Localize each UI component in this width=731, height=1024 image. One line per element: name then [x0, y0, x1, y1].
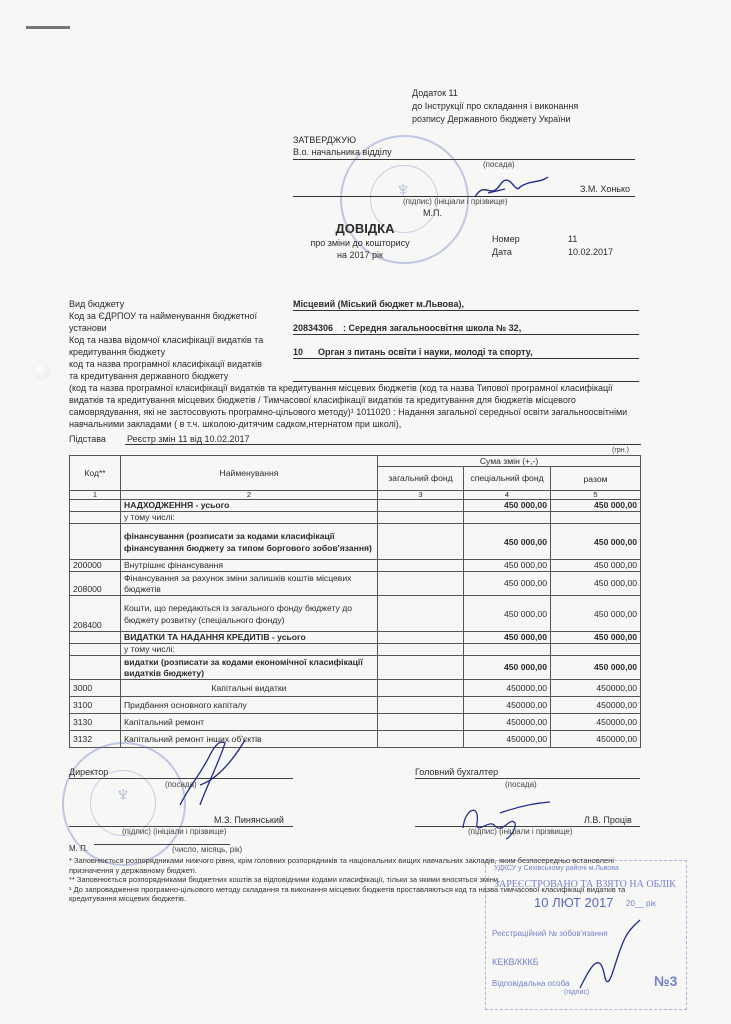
cell-code: 3000: [70, 680, 121, 697]
table-row: ВИДАТКИ ТА НАДАННЯ КРЕДИТІВ - усього450 …: [70, 632, 641, 644]
cell-name: Придбання основного капіталу: [121, 697, 378, 714]
header-special-fund: спеціальний фонд: [464, 467, 551, 491]
stamp-code-label: КЕКВ/КККБ: [492, 957, 539, 967]
dept-label-2: кредитування бюджету: [69, 346, 289, 358]
edrpou-label-2: установи: [69, 322, 289, 334]
cell-code: [70, 656, 121, 680]
table-row: 200000Внутрішнє фінансування450 000,0045…: [70, 560, 641, 572]
cell-general: [378, 644, 464, 656]
stamp-year: 20__ рік: [626, 899, 656, 908]
cell-general: [378, 632, 464, 644]
cell-special: 450 000,00: [464, 572, 551, 596]
cell-special: 450 000,00: [464, 656, 551, 680]
accountant-name: Л.В. Проців: [584, 815, 632, 825]
table-row: у тому числі:: [70, 644, 641, 656]
cell-total: [551, 512, 641, 524]
cell-total: 450 000,00: [551, 500, 641, 512]
number-label: Номер: [492, 234, 566, 245]
director-signature: [170, 735, 250, 815]
seal-mark-bottom: М. П.: [69, 844, 88, 853]
cell-general: [378, 524, 464, 560]
table-row: 3100Придбання основного капіталу450000,0…: [70, 697, 641, 714]
approval-title: ЗАТВЕРДЖУЮ: [293, 134, 635, 146]
cell-total: 450 000,00: [551, 524, 641, 560]
column-number: 4: [464, 491, 551, 500]
cell-total: 450 000,00: [551, 596, 641, 632]
date-value: 10.02.2017: [568, 247, 613, 258]
approver-signature: [470, 175, 550, 205]
cell-general: [378, 500, 464, 512]
cell-code: [70, 524, 121, 560]
cell-total: 450 000,00: [551, 656, 641, 680]
cell-code: [70, 644, 121, 656]
stamp-number: №3: [654, 973, 677, 989]
column-number: 2: [121, 491, 378, 500]
cell-code: 3130: [70, 714, 121, 731]
cell-special: 450 000,00: [464, 500, 551, 512]
cell-total: 450000,00: [551, 680, 641, 697]
cell-total: [551, 644, 641, 656]
approval-block: ЗАТВЕРДЖУЮ В.о. начальника відділу (поса…: [293, 134, 635, 158]
cell-code: 208400: [70, 596, 121, 632]
table-row: видатки (розписати за кодами економічної…: [70, 656, 641, 680]
cell-total: 450000,00: [551, 714, 641, 731]
cell-name: ВИДАТКИ ТА НАДАННЯ КРЕДИТІВ - усього: [121, 632, 378, 644]
registrar-signature: [575, 918, 645, 998]
cell-special: 450 000,00: [464, 596, 551, 632]
table-row: 3132Капітальний ремонт інших об'єктів450…: [70, 731, 641, 748]
cell-general: [378, 596, 464, 632]
cell-total: 450 000,00: [551, 572, 641, 596]
local-program-text: (код та назва програмної класифікації ви…: [69, 382, 639, 430]
cell-total: 450 000,00: [551, 560, 641, 572]
cell-special: 450 000,00: [464, 524, 551, 560]
cell-general: [378, 697, 464, 714]
cell-name: Кошти, що передаються із загального фонд…: [121, 596, 378, 632]
column-number: 3: [378, 491, 464, 500]
column-number: 5: [551, 491, 641, 500]
table-row: 208000Фінансування за рахунок зміни зали…: [70, 572, 641, 596]
accountant-position: Головний бухгалтер: [415, 767, 498, 777]
stamp-date: 10 ЛЮТ 2017: [534, 895, 613, 910]
cell-special: [464, 644, 551, 656]
cell-name: у тому числі:: [121, 512, 378, 524]
table-row: 3000Капітальні видатки450000,00450000,00: [70, 680, 641, 697]
cell-code: [70, 632, 121, 644]
document-title: ДОВІДКА: [300, 221, 430, 236]
basis-row: Підстава Реєстр змін 11 від 10.02.2017: [69, 434, 639, 444]
basis-value: Реєстр змін 11 від 10.02.2017: [125, 434, 641, 445]
director-sign-caption: (підпис) (ініціали і прізвище): [122, 827, 226, 836]
approval-position: В.о. начальника відділу: [293, 146, 635, 158]
cell-special: 450000,00: [464, 680, 551, 697]
appendix-line-3: розпису Державного бюджету України: [412, 113, 578, 126]
date-label: Дата: [492, 247, 566, 258]
cell-general: [378, 572, 464, 596]
accountant-position-caption: (посада): [505, 780, 537, 789]
column-number: 1: [70, 491, 121, 500]
cell-name: Капітальні видатки: [121, 680, 378, 697]
cell-special: 450000,00: [464, 731, 551, 748]
header-general-fund: загальний фонд: [378, 467, 464, 491]
cell-name: фінансування (розписати за кодами класиф…: [121, 524, 378, 560]
header-name: Найменування: [121, 456, 378, 491]
changes-table: Код** Найменування Сума змін (+,-) загал…: [69, 455, 641, 748]
document-subtitle: про зміни до кошторису на 2017 рік: [270, 237, 450, 261]
accountant-signature: [455, 798, 555, 843]
cell-special: 450 000,00: [464, 632, 551, 644]
header-total: разом: [551, 467, 641, 491]
seal-mark: М.П.: [423, 208, 442, 218]
subtitle-line-2: на 2017 рік: [270, 249, 450, 261]
number-value: 11: [568, 234, 613, 245]
stamp-officer-label: Відповідальна особа: [492, 979, 569, 988]
state-prog-label-1: код та назва програмної класифікації вид…: [69, 358, 289, 370]
cell-special: [464, 512, 551, 524]
cell-total: 450 000,00: [551, 632, 641, 644]
edrpou-label-1: Код за ЄДРПОУ та найменування бюджетної: [69, 310, 289, 322]
cell-code: [70, 500, 121, 512]
scan-mark: [26, 26, 70, 29]
cell-general: [378, 680, 464, 697]
header-sum-group: Сума змін (+,-): [378, 456, 641, 467]
basis-label: Підстава: [69, 434, 106, 444]
cell-name: у тому числі:: [121, 644, 378, 656]
edrpou-value: 20834306 : Середня загальноосвітня школа…: [293, 322, 639, 335]
cell-general: [378, 714, 464, 731]
table-row: у тому числі:: [70, 512, 641, 524]
header-code: Код**: [70, 456, 121, 491]
trident-icon: ♆: [108, 782, 138, 808]
budget-type-value: Місцевий (Міський бюджет м.Львова),: [293, 298, 639, 311]
director-name: М.З. Пинянський: [214, 815, 284, 825]
director-position: Директор: [69, 767, 108, 777]
cell-name: видатки (розписати за кодами економічної…: [121, 656, 378, 680]
cell-code: [70, 512, 121, 524]
cell-general: [378, 560, 464, 572]
cell-general: [378, 731, 464, 748]
column-numbers-row: 1 2 3 4 5: [70, 491, 641, 500]
dept-label-1: Код та назва відомчої класифікації видат…: [69, 334, 289, 346]
punch-hole: [32, 362, 50, 380]
cell-special: 450000,00: [464, 697, 551, 714]
state-prog-value: [293, 370, 639, 382]
cell-general: [378, 512, 464, 524]
table-row: фінансування (розписати за кодами класиф…: [70, 524, 641, 560]
cell-name: Капітальний ремонт: [121, 714, 378, 731]
cell-code: 208000: [70, 572, 121, 596]
stamp-title: ЗАРЕЄСТРОВАНО ТА ВЗЯТО НА ОБЛІК: [494, 879, 676, 890]
date-caption: (число, місяць, рік): [172, 845, 242, 854]
cell-total: 450000,00: [551, 731, 641, 748]
cell-code: 200000: [70, 560, 121, 572]
table-row: НАДХОДЖЕННЯ - усього450 000,00450 000,00: [70, 500, 641, 512]
cell-name: Фінансування за рахунок зміни залишків к…: [121, 572, 378, 596]
cell-general: [378, 656, 464, 680]
document-meta: Номер 11 Дата 10.02.2017: [490, 232, 615, 260]
subtitle-line-1: про зміни до кошторису: [270, 237, 450, 249]
cell-special: 450000,00: [464, 714, 551, 731]
approver-name: З.М. Хонько: [580, 184, 630, 194]
state-prog-label-2: та кредитування державного бюджету: [69, 370, 289, 382]
cell-name: Внутрішнє фінансування: [121, 560, 378, 572]
cell-code: 3100: [70, 697, 121, 714]
dept-value: 10 Орган з питань освіти і науки, молоді…: [293, 346, 639, 359]
cell-total: 450000,00: [551, 697, 641, 714]
position-caption: (посада): [483, 160, 515, 169]
stamp-header: УДКСУ у Сихівському районі м.Львова: [494, 865, 619, 872]
currency-note: (грн.): [612, 447, 629, 454]
appendix-line-1: Додаток 11: [412, 87, 578, 100]
cell-name: НАДХОДЖЕННЯ - усього: [121, 500, 378, 512]
appendix-line-2: до Інструкції про складання і виконання: [412, 100, 578, 113]
budget-type-label: Вид бюджету: [69, 298, 289, 310]
cell-special: 450 000,00: [464, 560, 551, 572]
appendix-note: Додаток 11 до Інструкції про складання і…: [412, 87, 578, 126]
table-row: 208400Кошти, що передаються із загальног…: [70, 596, 641, 632]
table-row: 3130Капітальний ремонт450000,00450000,00: [70, 714, 641, 731]
